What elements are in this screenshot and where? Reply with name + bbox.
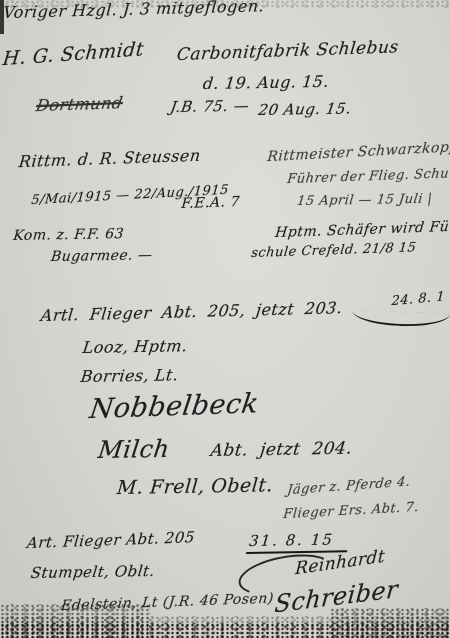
signature-schmidt: H. G. Schmidt	[2, 38, 146, 70]
underline-stroke	[352, 310, 450, 327]
document-scan: Voriger Hzgl. J. 3 mitgeflogen. H. G. Sc…	[0, 0, 450, 638]
handwriting-art-flieger-abt-205: Art. Flieger Abt. 205	[26, 528, 196, 552]
handwriting-dortmund-struck: Dortmund	[35, 93, 125, 115]
handwriting-schule-crefeld: schule Crefeld. 21/8 15	[250, 240, 417, 261]
handwriting-date-31-8-15: 31. 8. 15	[246, 530, 349, 554]
handwriting-borries-lt: Borries, Lt.	[80, 365, 180, 386]
handwriting-top-note: Voriger Hzgl. J. 3 mitgeflogen.	[3, 0, 266, 22]
handwriting-flieger-ers-abt-7: Flieger Ers. Abt. 7.	[283, 500, 420, 522]
handwriting-jaeger-z-pferde: Jäger z. Pferde 4.	[286, 474, 411, 498]
signature-nobbelbeck: Nobbelbeck	[88, 388, 261, 425]
handwriting-20-aug-15: 20 Aug. 15.	[257, 99, 353, 119]
handwriting-abt-jetzt-204: Abt. jetzt 204.	[210, 439, 354, 462]
handwriting-carbonit-date: d. 19. Aug. 15.	[202, 72, 330, 93]
handwriting-date-24-8: 24. 8. 1	[391, 289, 445, 309]
handwriting-looz-hptm: Looz, Hptm.	[82, 336, 189, 357]
handwriting-jb75: J.B. 75. —	[169, 97, 251, 116]
scan-grain-bottom	[0, 623, 450, 638]
handwriting-carbonit-fabrik: Carbonitfabrik Schlebus	[176, 37, 400, 65]
signature-milch: Milch	[97, 435, 172, 464]
handwriting-kom-ff63: Kom. z. F.F. 63	[13, 226, 125, 244]
handwriting-hptm-schaefer: Hptm. Schäfer wird Fü	[274, 219, 450, 241]
signature-frell: M. Frell, Obelt.	[116, 474, 274, 499]
handwriting-15april-15juli: 15 April — 15 Juli |	[296, 192, 433, 209]
handwriting-rittmeister-schwarzkopf: Rittmeister Schwarzkopf	[267, 139, 450, 165]
handwriting-artl-flieger-abt-205: Artl. Flieger Abt. 205, jetzt 203.	[40, 298, 344, 325]
handwriting-fuehrer-flieg-schule: Führer der Flieg. Schu	[286, 166, 449, 187]
handwriting-fea7: F.E.A. 7	[181, 194, 241, 212]
handwriting-stumpelt-oblt: Stumpelt, Oblt.	[30, 562, 156, 582]
handwriting-rittm-steussen: Rittm. d. R. Steussen	[18, 146, 202, 171]
handwriting-bugarmee: Bugarmee. —	[50, 247, 154, 265]
